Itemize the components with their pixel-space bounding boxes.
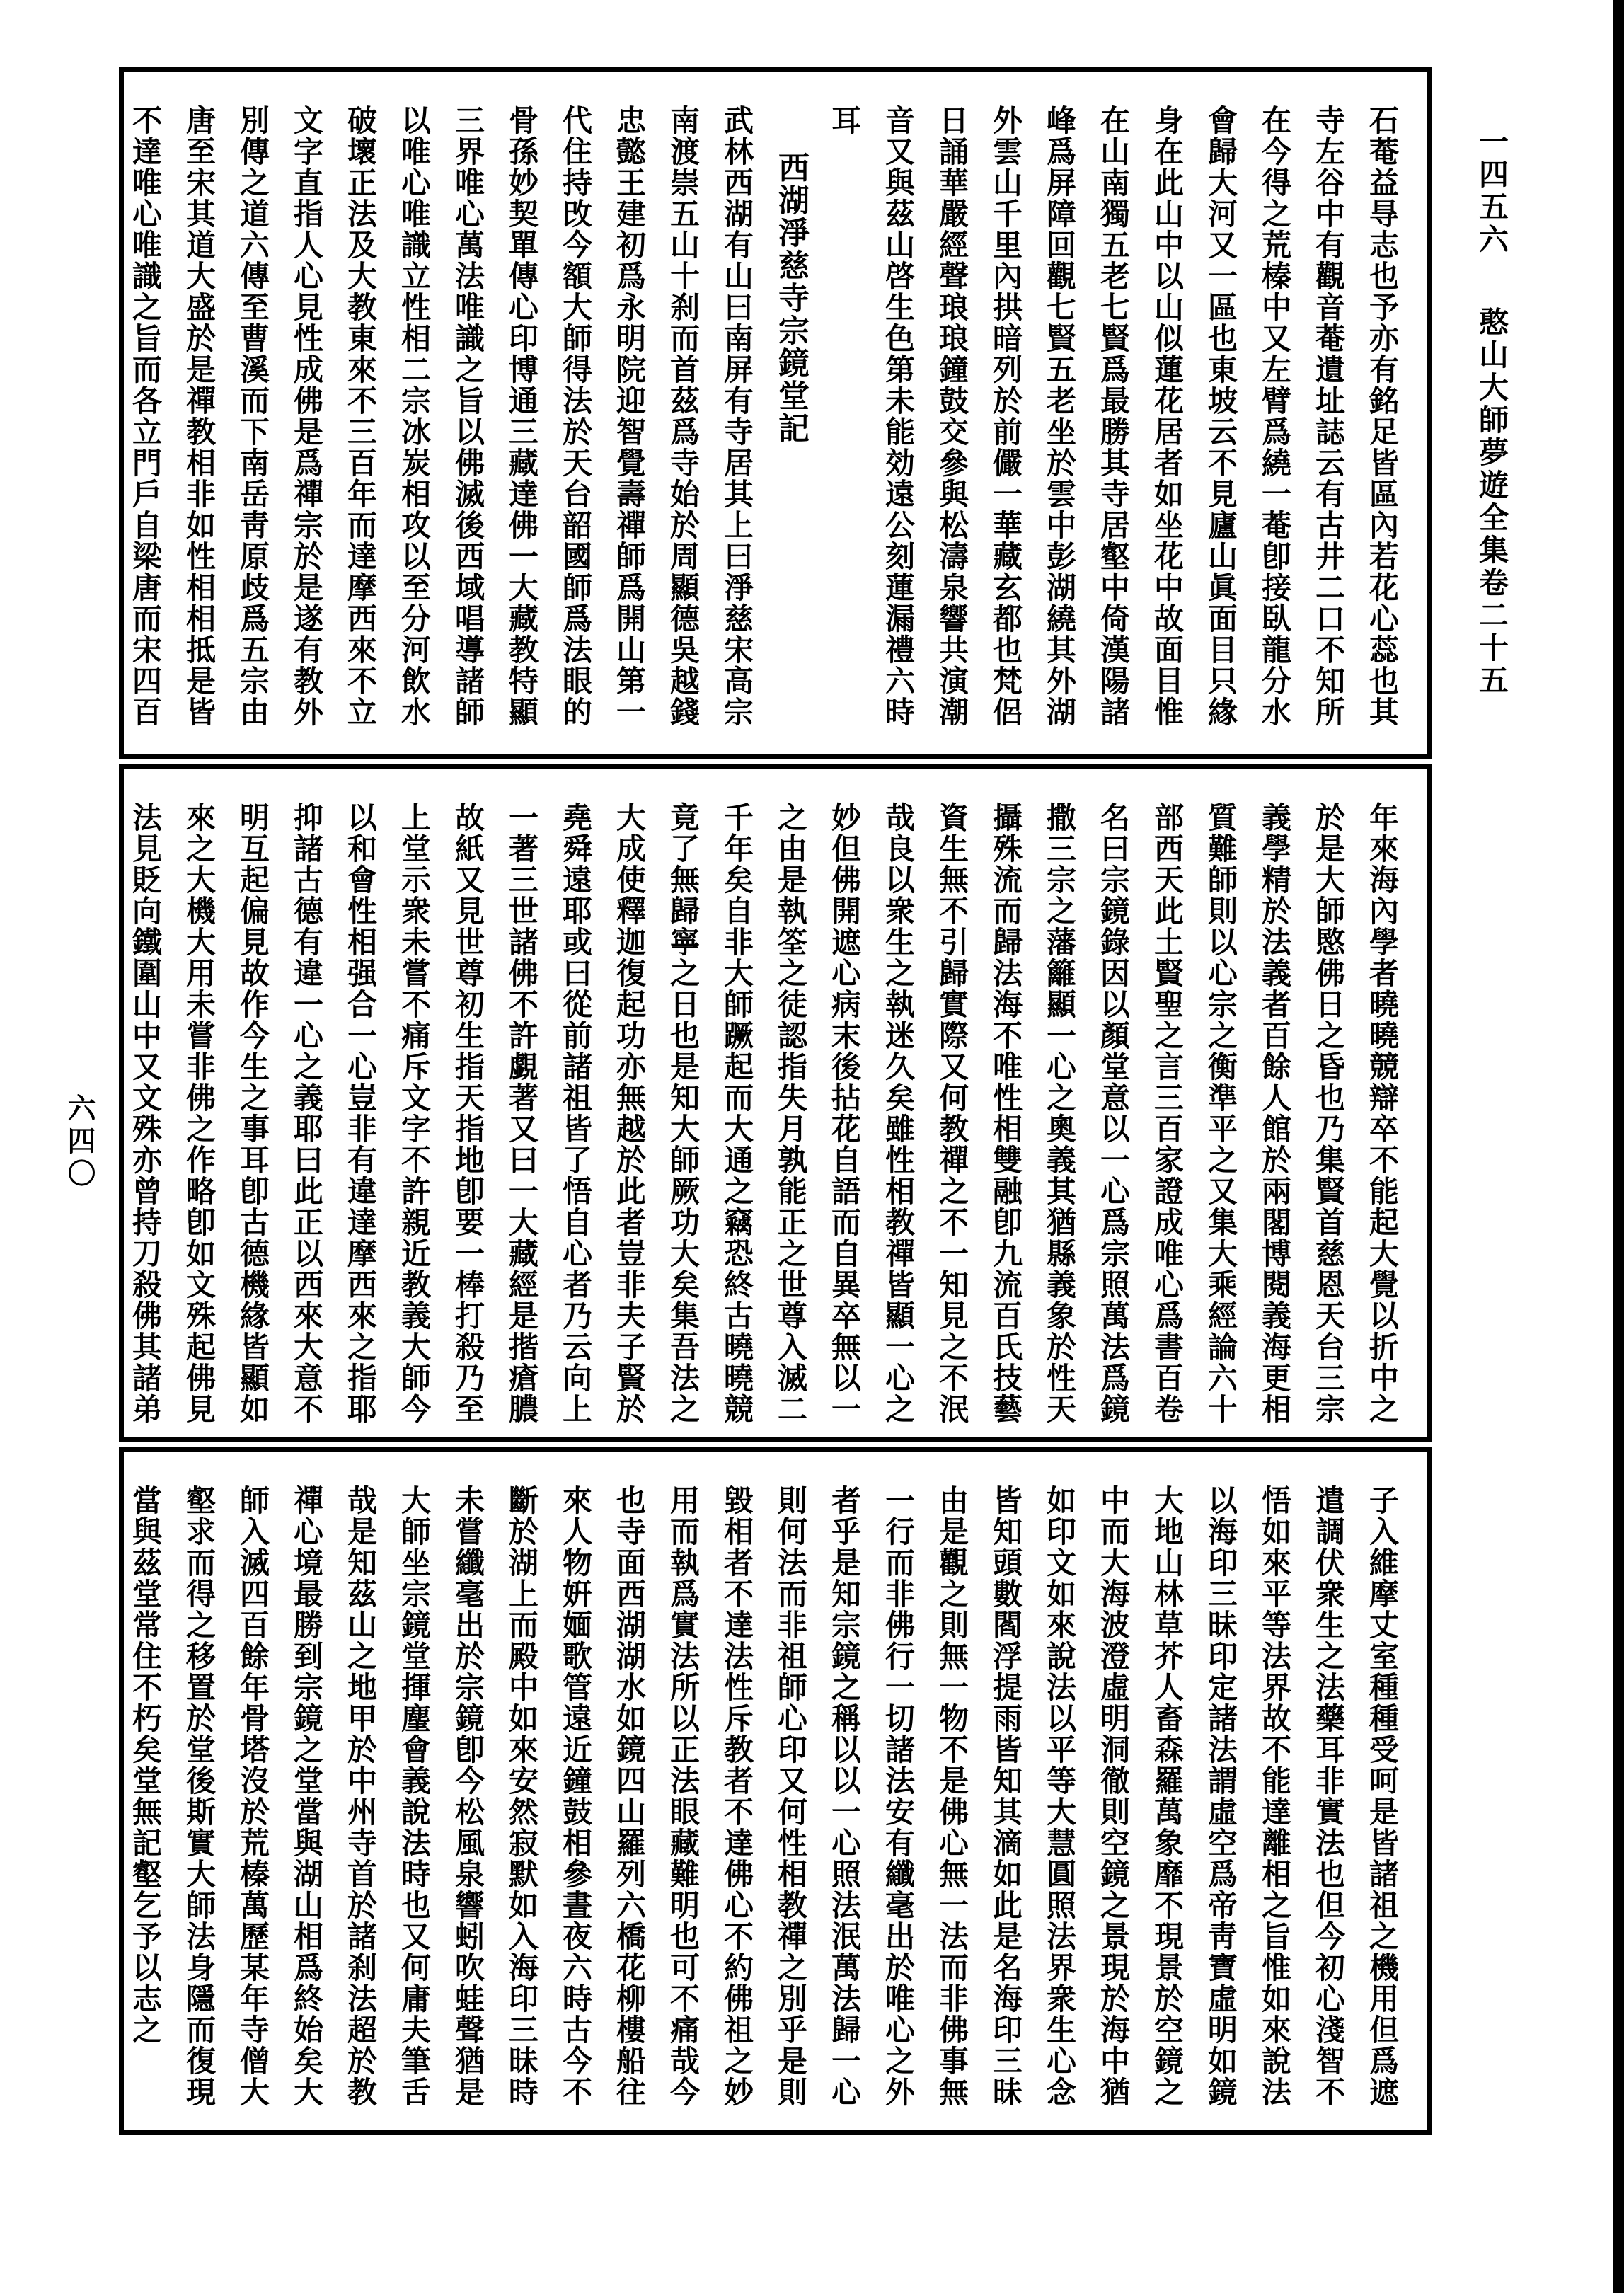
text-column: 不達唯心唯識之旨而各立門戶自梁唐而宋四百 [119, 105, 172, 732]
text-column: 用而執爲實法所以正法眼藏難明也可不痛哉今 [656, 1485, 710, 2109]
text-column: 禪心境最勝到宗鏡之堂當與湖山相爲終始矣大 [280, 1485, 333, 2109]
text-column: 一著三世諸佛不許覷著又曰一大藏經是揩瘡膿 [495, 802, 548, 1415]
text-column: 師入滅四百餘年骨塔沒於荒榛萬歷某年寺僧大 [226, 1485, 280, 2109]
text-column: 皆知頭數閻浮提雨皆知其滴如此是名海印三昧 [979, 1485, 1032, 2109]
scanned-book-page: 一四五六 憨山大師夢遊全集卷二十五 石菴益㝵志也予亦有銘足皆區內若花心蕊也其寺左… [0, 0, 1624, 2293]
text-column: 名曰宗鏡錄因以顏堂意以一心爲宗照萬法爲鏡 [1086, 802, 1140, 1415]
text-column: 三界唯心萬法唯識之旨以佛滅後西域唱導諸師 [441, 105, 495, 732]
text-column: 資生無不引歸實際又何教禪之不一知見之不泯 [925, 802, 979, 1415]
text-column: 來人物姸媔歌管遠近鐘鼓相參晝夜六時古今不 [548, 1485, 602, 2109]
text-column: 中而大海波澄虛明洞徹則空鏡之景現於海中猶 [1086, 1485, 1140, 2109]
text-column: 會歸大河又一區也東坡云不見廬山眞面目只緣 [1194, 105, 1248, 732]
text-column: 攝殊流而歸法海不唯性相雙融卽九流百氏技藝 [979, 802, 1032, 1415]
text-column: 年來海內學者曉曉競辯卒不能起大覺以折中之 [1355, 802, 1409, 1415]
text-column: 在今得之荒榛中又左臂爲繞一菴卽接臥龍分水 [1248, 105, 1301, 732]
text-column: 由是觀之則無一物不是佛心無一法而非佛事無 [925, 1485, 979, 2109]
text-column: 堯舜遠耶或曰從前諸祖皆了悟自心者乃云向上 [548, 802, 602, 1415]
text-column: 日誦華嚴經聲琅琅鐘鼓交參與松濤泉響共演潮 [925, 105, 979, 732]
text-column: 部西天此土賢聖之言三百家證成唯心爲書百卷 [1140, 802, 1194, 1415]
text-column: 一行而非佛行一切諸法安有纖毫出於唯心之外 [871, 1485, 925, 2109]
text-column: 壑求而得之移置於堂後斯實大師法身隱而復現 [172, 1485, 226, 2109]
text-column: 哉是知茲山之地甲於中州寺首於諸刹法超於教 [333, 1485, 387, 2109]
text-column: 也寺面西湖湖水如鏡四山羅列六橋花柳樓船往 [602, 1485, 656, 2109]
text-column: 大地山林草芥人畜森羅萬象靡不現景於空鏡之 [1140, 1485, 1194, 2109]
section-title: 西湖淨慈寺宗鏡堂記 [764, 105, 817, 732]
text-column: 質難師則以心宗之衡準平之又集大乘經論六十 [1194, 802, 1248, 1415]
text-column: 法見貶向鐵圍山中又文殊亦曾持刀殺佛其諸弟 [119, 802, 172, 1415]
text-column: 耳 [817, 105, 871, 732]
text-column: 以唯心唯識立性相二宗冰炭相攻以至分河飲水 [387, 105, 441, 732]
text-block-middle: 年來海內學者曉曉競辯卒不能起大覺以折中之於是大師愍佛日之昏也乃集賢首慈恩天台三宗… [119, 764, 1432, 1442]
text-column: 外雲山千里內拱暗列於前儼一華藏玄都也梵侶 [979, 105, 1032, 732]
text-column: 之由是執筌之徒認指失月孰能正之世尊入滅二 [764, 802, 817, 1415]
text-column: 撒三宗之藩籬顯一心之奧義其猶縣義象於性天 [1032, 802, 1086, 1415]
text-column: 音又與茲山啓生色第未能効遠公刻蓮漏禮六時 [871, 105, 925, 732]
folio-number: 一四五六 [1470, 126, 1513, 256]
text-column: 上堂示衆未嘗不痛斥文字不許親近教義大師今 [387, 802, 441, 1415]
text-column: 哉良以衆生之執迷久矣雖性相教禪皆顯一心之 [871, 802, 925, 1415]
text-block-bottom: 子入維摩丈室種種受呵是皆諸祖之機用但爲遮遣調伏衆生之法藥耳非實法也但今初心淺智不… [119, 1447, 1432, 2135]
text-column: 唐至宋其道大盛於是禪教相非如性相相抵是皆 [172, 105, 226, 732]
text-column: 文字直指人心見性成佛是爲禪宗於是遂有教外 [280, 105, 333, 732]
text-column: 以海印三昧印定諸法謂虛空爲帝靑寶虛明如鏡 [1194, 1485, 1248, 2109]
text-column: 斷於湖上而殿中如來安然寂默如入海印三昧時 [495, 1485, 548, 2109]
text-column: 武林西湖有山曰南屏有寺居其上曰淨慈宋高宗 [710, 105, 764, 732]
text-column: 遣調伏衆生之法藥耳非實法也但今初心淺智不 [1301, 1485, 1355, 2109]
page-number: 六四〇 [59, 1093, 100, 1191]
text-column: 石菴益㝵志也予亦有銘足皆區內若花心蕊也其 [1355, 105, 1409, 732]
text-column: 寺左谷中有觀音菴遺址誌云有古井二口不知所 [1301, 105, 1355, 732]
text-column: 大師坐宗鏡堂揮麈會義說法時也又何庸夫筆舌 [387, 1485, 441, 2109]
text-column: 來之大機大用未嘗非佛之作略卽如文殊起佛見 [172, 802, 226, 1415]
text-column: 大成使釋迦復起功亦無越於此者豈非夫子賢於 [602, 802, 656, 1415]
text-column: 則何法而非祖師心印又何性相教禪之別乎是則 [764, 1485, 817, 2109]
text-block-top: 石菴益㝵志也予亦有銘足皆區內若花心蕊也其寺左谷中有觀音菴遺址誌云有古井二口不知所… [119, 67, 1432, 759]
text-column: 身在此山中以山似蓮花居者如坐花中故面目惟 [1140, 105, 1194, 732]
text-column: 千年矣自非大師蹶起而大通之竊恐終古曉曉競 [710, 802, 764, 1415]
text-column: 以和會性相强合一心豈非有違達摩西來之指耶 [333, 802, 387, 1415]
text-column: 抑諸古德有違一心之義耶曰此正以西來大意不 [280, 802, 333, 1415]
margin-header: 一四五六 憨山大師夢遊全集卷二十五 [1470, 126, 1513, 697]
text-column: 南渡崇五山十刹而首茲爲寺始於周顯德吳越錢 [656, 105, 710, 732]
scan-edge-artifact [1613, 0, 1624, 2293]
book-title: 憨山大師夢遊全集卷二十五 [1470, 306, 1513, 697]
text-column: 者乎是知宗鏡之稱以以一心照法泯萬法歸一心 [817, 1485, 871, 2109]
text-column: 骨孫妙契單傳心印博通三藏達佛一大藏教特顯 [495, 105, 548, 732]
text-column: 當與茲堂常住不朽矣堂無記壑乞予以志之 [119, 1485, 172, 2109]
text-column: 於是大師愍佛日之昏也乃集賢首慈恩天台三宗 [1301, 802, 1355, 1415]
text-column: 忠懿王建初爲永明院迎智覺壽禪師爲開山第一 [602, 105, 656, 732]
text-column: 別傳之道六傳至曹溪而下南岳靑原歧爲五宗由 [226, 105, 280, 732]
text-column: 未嘗纖毫出於宗鏡卽今松風泉響蚓吹蛙聲猶是 [441, 1485, 495, 2109]
text-column: 子入維摩丈室種種受呵是皆諸祖之機用但爲遮 [1355, 1485, 1409, 2109]
text-column: 代住持攺今額大師得法於天台韶國師爲法眼的 [548, 105, 602, 732]
text-column: 悟如來平等法界故不能達離相之旨惟如來說法 [1248, 1485, 1301, 2109]
text-column: 義學精於法義者百餘人館於兩閣博閱義海更相 [1248, 802, 1301, 1415]
text-column: 毀相者不達法性斥教者不達佛心不約佛祖之妙 [710, 1485, 764, 2109]
text-column: 故紙又見世尊初生指天指地卽要一棒打殺乃至 [441, 802, 495, 1415]
text-column: 如印文如來說法以平等大慧圓照法界衆生心念 [1032, 1485, 1086, 2109]
text-column: 峰爲屏障回觀七賢五老坐於雲中彭湖繞其外湖 [1032, 105, 1086, 732]
text-column: 在山南獨五老七賢爲最勝其寺居壑中倚漢陽諸 [1086, 105, 1140, 732]
text-column: 明互起偏見故作今生之事耳卽古德機緣皆顯如 [226, 802, 280, 1415]
text-column: 妙但佛開遮心病末後拈花自語而自異卒無以一 [817, 802, 871, 1415]
text-column: 破壞正法及大教東來不三百年而達摩西來不立 [333, 105, 387, 732]
text-column: 竟了無歸寧之日也是知大師厥功大矣集吾法之 [656, 802, 710, 1415]
